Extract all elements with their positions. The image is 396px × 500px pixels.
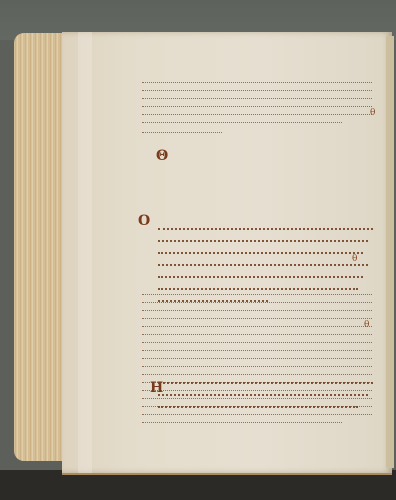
script-line: [142, 318, 372, 320]
script-line: [142, 390, 372, 392]
script-line: [158, 288, 358, 291]
script-line: [158, 276, 363, 279]
script-line: [158, 240, 368, 243]
script-line: [142, 122, 342, 124]
script-line: [142, 310, 372, 312]
script-line: [158, 264, 368, 267]
margin-mark-2: θ: [352, 254, 357, 264]
script-line: [142, 114, 372, 116]
script-line: [142, 398, 372, 400]
script-line: [142, 82, 372, 84]
margin-mark-3: θ: [364, 320, 369, 330]
page-edges-stack: [14, 33, 66, 461]
gutter-next-page: [386, 36, 394, 468]
script-line: [142, 90, 372, 92]
script-line: [142, 422, 342, 424]
script-line: [142, 366, 372, 368]
script-line: [142, 350, 372, 352]
script-line: [142, 98, 372, 100]
initial-theta: Θ: [156, 148, 168, 164]
script-line: [158, 228, 373, 231]
script-line: [142, 302, 372, 304]
script-line: [158, 252, 363, 255]
initial-eta: Η: [150, 380, 163, 396]
script-line: [142, 294, 372, 296]
margin-mark-1: θ: [370, 108, 375, 118]
script-line: [142, 342, 372, 344]
script-line: [142, 358, 372, 360]
script-line: [142, 374, 372, 376]
script-line: [158, 394, 368, 397]
script-line: [142, 132, 222, 134]
binding-tape: [78, 32, 92, 473]
script-line: [158, 382, 373, 385]
script-line: [142, 334, 372, 336]
script-line: [142, 326, 372, 328]
script-line: [142, 106, 372, 108]
script-line: [142, 414, 372, 416]
initial-omicron: Ο: [138, 213, 150, 229]
script-line: [158, 406, 358, 409]
